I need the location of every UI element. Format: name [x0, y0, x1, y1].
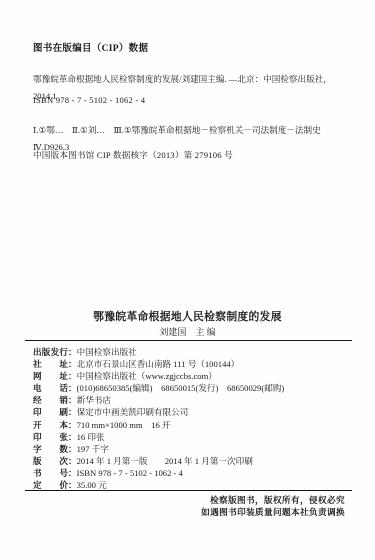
cip-isbn-line: ISBN 978 - 7 - 5102 - 1062 - 4 — [33, 95, 145, 105]
colophon-row-isbn: 书号：ISBN 978 - 7 - 5102 - 1062 - 4 — [33, 467, 351, 479]
cip-heading: 图书在版编目（CIP）数据 — [33, 40, 148, 54]
colophon-row-colon: ： — [68, 395, 77, 405]
colophon-row-colon: ： — [68, 444, 77, 454]
colophon-row-value: 2014 年 1 月第一版 2014 年 1 月第一次印刷 — [77, 456, 253, 466]
colophon-row-value: 中国检察出版社 — [77, 347, 137, 357]
colophon-row-printer: 印刷：保定市中画美凯印刷有限公司 — [33, 406, 351, 418]
colophon-row-address: 社址：北京市石景山区香山南路 111 号（100144） — [33, 358, 351, 370]
colophon-row-value: ISBN 978 - 7 - 5102 - 1062 - 4 — [77, 468, 183, 478]
colophon-row-value: 新华书店 — [77, 395, 111, 405]
colophon-row-colon: ： — [68, 456, 77, 466]
colophon-row-colon: ： — [68, 407, 77, 417]
colophon-row-value: 16 印张 — [77, 432, 105, 442]
colophon-row-phone: 电话：(010)68650385(编辑) 68650015(发行) 686500… — [33, 382, 351, 394]
colophon-row-label: 版次 — [33, 455, 68, 467]
colophon-row-colon: ： — [68, 347, 77, 357]
copyright-notice-line1: 检察版图书，版权所有，侵权必究 — [201, 495, 345, 507]
colophon-row-label: 开本 — [33, 419, 68, 431]
colophon-row-website: 网址：中国检察出版社（www.zgjccbs.com） — [33, 370, 351, 382]
colophon-row-label: 印张 — [33, 431, 68, 443]
colophon-row-value: 710 mm×1000 mm 16 开 — [77, 420, 171, 430]
colophon-row-label: 出版发行 — [33, 346, 68, 358]
colophon-row-label: 经销 — [33, 394, 68, 406]
colophon-row-edition: 版次：2014 年 1 月第一版 2014 年 1 月第一次印刷 — [33, 455, 351, 467]
copyright-notice: 检察版图书，版权所有，侵权必究 如遇图书印装质量问题本社负责调换 — [201, 495, 345, 518]
colophon-row-value: 197 千字 — [77, 444, 109, 454]
colophon-row-publisher: 出版发行：中国检察出版社 — [33, 346, 351, 358]
colophon-row-label: 社址 — [33, 358, 68, 370]
colophon-row-value: 35.00 元 — [77, 480, 107, 490]
top-divider — [25, 340, 352, 341]
colophon-row-colon: ： — [68, 420, 77, 430]
colophon-row-value: 北京市石景山区香山南路 111 号（100144） — [77, 359, 240, 369]
colophon-row-distributor: 经销：新华书店 — [33, 394, 351, 406]
colophon-row-colon: ： — [68, 432, 77, 442]
colophon-row-sheets: 印张：16 印张 — [33, 431, 351, 443]
colophon-row-colon: ： — [68, 371, 77, 381]
colophon-row-format: 开本：710 mm×1000 mm 16 开 — [33, 419, 351, 431]
colophon-row-value: (010)68650385(编辑) 68650015(发行) 68650029(… — [77, 383, 285, 393]
colophon-row-label: 印刷 — [33, 406, 68, 418]
book-title: 鄂豫皖革命根据地人民检察制度的发展 — [0, 309, 375, 324]
copyright-notice-line2: 如遇图书印装质量问题本社负责调换 — [201, 507, 345, 519]
colophon-row-label: 电话 — [33, 382, 68, 394]
colophon-table: 出版发行：中国检察出版社 社址：北京市石景山区香山南路 111 号（100144… — [33, 346, 351, 491]
cip-record-number: 中国版本图书馆 CIP 数据核字（2013）第 279106 号 — [33, 149, 233, 161]
colophon-row-colon: ： — [68, 468, 77, 478]
colophon-row-value: 中国检察出版社（www.zgjccbs.com） — [77, 371, 217, 381]
copyright-page: 图书在版编目（CIP）数据 鄂豫皖革命根据地人民检察制度的发展/刘建国主编. —… — [0, 0, 375, 560]
book-editor: 刘建国 主 编 — [0, 325, 375, 338]
colophon-row-wordcount: 字数：197 千字 — [33, 443, 351, 455]
bottom-divider — [25, 490, 352, 491]
colophon-row-label: 书号 — [33, 467, 68, 479]
colophon-row-label: 字数 — [33, 443, 68, 455]
colophon-row-colon: ： — [68, 480, 77, 490]
colophon-row-colon: ： — [68, 359, 77, 369]
colophon-row-colon: ： — [68, 383, 77, 393]
colophon-row-label: 网址 — [33, 370, 68, 382]
colophon-row-value: 保定市中画美凯印刷有限公司 — [77, 407, 189, 417]
